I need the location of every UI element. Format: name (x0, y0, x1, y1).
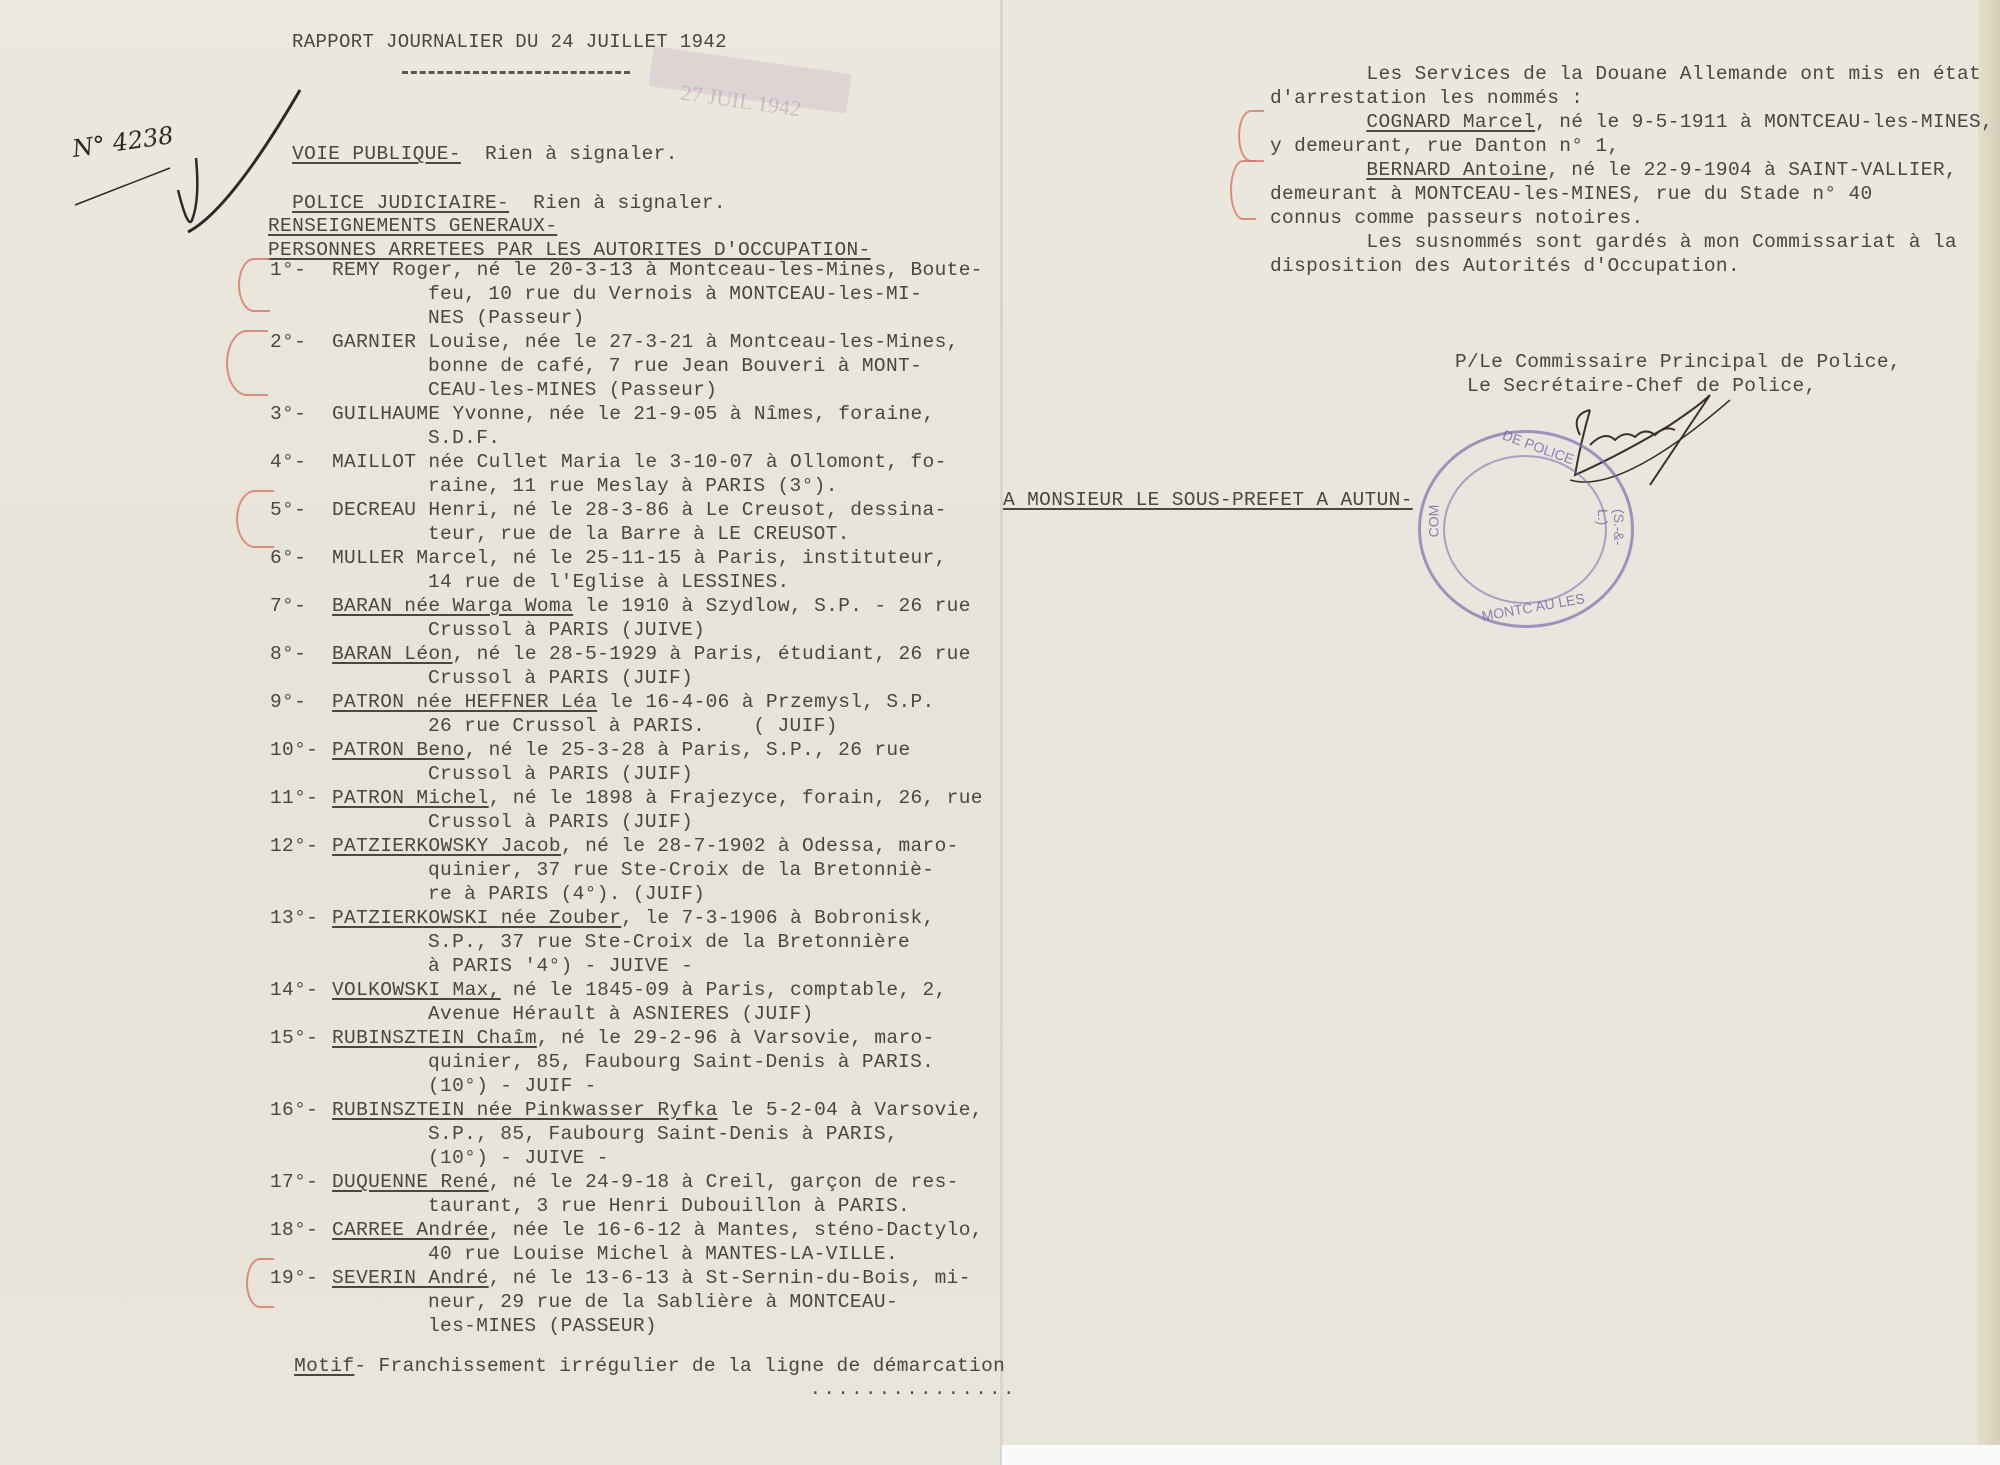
entry-continuation: neur, 29 rue de la Sablière à MONTCEAU- (428, 1290, 898, 1314)
entry-continuation: Crussol à PARIS (JUIVE) (428, 618, 705, 642)
seal-text-right: (S.-&-L.) (1595, 509, 1627, 549)
custody-paragraph-line2: disposition des Autorités d'Occupation. (1270, 254, 1740, 278)
entry-number: 5°- (270, 498, 332, 522)
motif-line: Motif- Franchissement irrégulier de la l… (270, 1330, 1005, 1378)
entry-details: , née le 21-9-05 à Nîmes, foraine, (525, 403, 935, 425)
entry-continuation: (10°) - JUIF - (428, 1074, 597, 1098)
entry-continuation: raine, 11 rue Meslay à PARIS (3°). (428, 474, 838, 498)
list-item: 11°-PATRON Michel, né le 1898 à Frajezyc… (270, 786, 983, 810)
entry-continuation: quinier, 85, Faubourg Saint-Denis à PARI… (428, 1050, 934, 1074)
list-item: 4°-MAILLOT née Cullet Maria le 3-10-07 à… (270, 450, 947, 474)
entry-continuation: S.D.F. (428, 426, 500, 450)
entry-details: , né le 28-3-86 à Le Creusot, dessina- (489, 499, 947, 521)
entry-continuation: feu, 10 rue du Vernois à MONTCEAU-les-MI… (428, 282, 922, 306)
entry-continuation: taurant, 3 rue Henri Dubouillon à PARIS. (428, 1194, 910, 1218)
entry-details: , née le 16-6-12 à Mantes, sténo-Dactylo… (489, 1219, 983, 1241)
entry-continuation: Avenue Hérault à ASNIERES (JUIF) (428, 1002, 814, 1026)
entry-continuation: S.P., 37 rue Ste-Croix de la Bretonnière (428, 930, 910, 954)
entry-continuation: S.P., 85, Faubourg Saint-Denis à PARIS, (428, 1122, 898, 1146)
entry-continuation: 14 rue de l'Eglise à LESSINES. (428, 570, 790, 594)
entry-details: , née le 27-3-21 à Montceau-les-Mines, (501, 331, 959, 353)
entry-number: 12°- (270, 834, 332, 858)
entry-details: , né le 1898 à Frajezyce, forain, 26, ru… (489, 787, 983, 809)
red-bracket-mark (1230, 160, 1256, 220)
entry-number: 11°- (270, 786, 332, 810)
entry-details: , né le 24-9-18 à Creil, garçon de res- (489, 1171, 959, 1193)
red-bracket-mark (226, 330, 268, 396)
custody-paragraph-line1: Les susnommés sont gardés à mon Commissa… (1270, 230, 1957, 254)
entry-details: le 16-4-06 à Przemysl, S.P. (597, 691, 934, 713)
list-item: 7°-BARAN née Warga Woma le 1910 à Szydlo… (270, 594, 971, 618)
entry-name: PATRON Beno (332, 739, 465, 761)
list-item: 13°-PATZIERKOWSKI née Zouber, le 7-3-190… (270, 906, 935, 930)
red-bracket-mark (238, 258, 270, 312)
police-judiciaire-label: POLICE JUDICIAIRE- (292, 192, 509, 214)
entry-number: 13°- (270, 906, 332, 930)
entry-name: REMY Roger (332, 259, 453, 281)
entry-name: DUQUENNE René (332, 1171, 489, 1193)
list-item: 9°-PATRON née HEFFNER Léa le 16-4-06 à P… (270, 690, 935, 714)
cognard-line: COGNARD Marcel, né le 9-5-1911 à MONTCEA… (1270, 110, 1993, 134)
cognard-details: , né le 9-5-1911 à MONTCEAU-les-MINES, (1535, 111, 1993, 133)
entry-details: , né le 28-7-1902 à Odessa, maro- (561, 835, 959, 857)
entry-details: le 1910 à Szydlow, S.P. - 26 rue (573, 595, 971, 617)
list-item: 3°-GUILHAUME Yvonne, née le 21-9-05 à Nî… (270, 402, 935, 426)
page-fold (1000, 0, 1003, 1465)
entry-name: MAILLOT née Cullet Maria (332, 451, 621, 473)
motif-text: - Franchissement irrégulier de la ligne … (354, 1355, 1005, 1377)
entry-details: , né le 13-6-13 à St-Sernin-du-Bois, mi- (489, 1267, 971, 1289)
douane-paragraph-line1: Les Services de la Douane Allemande ont … (1270, 62, 1981, 86)
voie-publique-label: VOIE PUBLIQUE- (292, 143, 461, 165)
police-judiciaire-line: POLICE JUDICIAIRE- Rien à signaler. (268, 167, 726, 215)
closing-dots: ............... (810, 1380, 1017, 1400)
douane-paragraph-line2: d'arrestation les nommés : (1270, 86, 1583, 110)
title-underline (402, 71, 630, 74)
entry-number: 9°- (270, 690, 332, 714)
bernard-name: BERNARD Antoine (1366, 159, 1547, 181)
list-item: 17°-DUQUENNE René, né le 24-9-18 à Creil… (270, 1170, 959, 1194)
red-bracket-mark (236, 490, 274, 548)
bernard-line: BERNARD Antoine, né le 22-9-1904 à SAINT… (1270, 158, 1957, 182)
entry-continuation: 40 rue Louise Michel à MANTES-LA-VILLE. (428, 1242, 898, 1266)
voie-publique-line: VOIE PUBLIQUE- Rien à signaler. (268, 118, 678, 166)
voie-publique-text: Rien à signaler. (461, 143, 678, 165)
entry-name: MULLER Marcel (332, 547, 489, 569)
list-item: 18°-CARREE Andrée, née le 16-6-12 à Mant… (270, 1218, 983, 1242)
list-item: 16°-RUBINSZTEIN née Pinkwasser Ryfka le … (270, 1098, 983, 1122)
entry-details: le 5-2-04 à Varsovie, (718, 1099, 983, 1121)
list-item: 15°-RUBINSZTEIN Chaîm, né le 29-2-96 à V… (270, 1026, 935, 1050)
list-item: 2°-GARNIER Louise, née le 27-3-21 à Mont… (270, 330, 959, 354)
entry-number: 10°- (270, 738, 332, 762)
entry-continuation: teur, rue de la Barre à LE CREUSOT. (428, 522, 850, 546)
entry-number: 19°- (270, 1266, 332, 1290)
entry-name: GARNIER Louise (332, 331, 501, 353)
renseignements-heading: RENSEIGNEMENTS GENERAUX- (268, 214, 557, 238)
entry-number: 7°- (270, 594, 332, 618)
entry-number: 3°- (270, 402, 332, 426)
entry-name: BARAN Léon (332, 643, 453, 665)
torn-bottom-edge (1002, 1445, 2000, 1465)
entry-name: PATZIERKOWSKY Jacob (332, 835, 561, 857)
entry-name: PATRON née HEFFNER Léa (332, 691, 597, 713)
entry-continuation: à PARIS '4°) - JUIVE - (428, 954, 693, 978)
list-item: 5°-DECREAU Henri, né le 28-3-86 à Le Cre… (270, 498, 947, 522)
entry-name: RUBINSZTEIN née Pinkwasser Ryfka (332, 1099, 718, 1121)
entry-continuation: CEAU-les-MINES (Passeur) (428, 378, 717, 402)
entry-name: DECREAU Henri (332, 499, 489, 521)
list-item: 1°-REMY Roger, né le 20-3-13 à Montceau-… (270, 258, 983, 282)
entry-continuation: Crussol à PARIS (JUIF) (428, 762, 693, 786)
seal-inner-ring (1443, 455, 1607, 604)
entry-name: VOLKOWSKI Max, (332, 979, 501, 1001)
motif-label: Motif (294, 1355, 354, 1377)
entry-continuation: NES (Passeur) (428, 306, 585, 330)
bernard-note: connus comme passeurs notoires. (1270, 206, 1644, 230)
page-edge (1978, 0, 2000, 1465)
entry-number: 15°- (270, 1026, 332, 1050)
entry-number: 6°- (270, 546, 332, 570)
entry-continuation: bonne de café, 7 rue Jean Bouveri à MONT… (428, 354, 922, 378)
police-judiciaire-text: Rien à signaler. (509, 192, 726, 214)
entry-name: PATRON Michel (332, 787, 489, 809)
entry-name: RUBINSZTEIN Chaîm (332, 1027, 537, 1049)
cognard-name: COGNARD Marcel (1366, 111, 1535, 133)
entry-number: 14°- (270, 978, 332, 1002)
signature-title-1: P/Le Commissaire Principal de Police, (1455, 350, 1901, 374)
list-item: 8°-BARAN Léon, né le 28-5-1929 à Paris, … (270, 642, 971, 666)
entry-number: 16°- (270, 1098, 332, 1122)
entry-name: CARREE Andrée (332, 1219, 489, 1241)
entry-details: , né le 29-2-96 à Varsovie, maro- (537, 1027, 935, 1049)
addressee-line: A MONSIEUR LE SOUS-PREFET A AUTUN- (1003, 488, 1413, 512)
entry-number: 2°- (270, 330, 332, 354)
list-item: 6°-MULLER Marcel, né le 25-11-15 à Paris… (270, 546, 947, 570)
bernard-address: demeurant à MONTCEAU-les-MINES, rue du S… (1270, 182, 1873, 206)
entry-number: 4°- (270, 450, 332, 474)
red-bracket-mark (1238, 110, 1264, 162)
entry-continuation: quinier, 37 rue Ste-Croix de la Bretonni… (428, 858, 934, 882)
entry-number: 18°- (270, 1218, 332, 1242)
entry-details: , le 7-3-1906 à Bobronisk, (621, 907, 934, 929)
entry-name: SEVERIN André (332, 1267, 489, 1289)
entry-continuation: (10°) - JUIVE - (428, 1146, 609, 1170)
entry-continuation: Crussol à PARIS (JUIF) (428, 666, 693, 690)
entry-details: , né le 28-5-1929 à Paris, étudiant, 26 … (453, 643, 971, 665)
seal-text-left: COM (1425, 505, 1441, 538)
entry-details: né le 1845-09 à Paris, comptable, 2, (501, 979, 947, 1001)
entry-continuation: 26 rue Crussol à PARIS. ( JUIF) (428, 714, 838, 738)
entry-continuation: Crussol à PARIS (JUIF) (428, 810, 693, 834)
list-item: 14°-VOLKOWSKI Max, né le 1845-09 à Paris… (270, 978, 947, 1002)
entry-details: , né le 25-3-28 à Paris, S.P., 26 rue (465, 739, 911, 761)
entry-number: 17°- (270, 1170, 332, 1194)
police-seal-stamp: DE POLICE COM MONTC AU LES (S.-&-L.) (1418, 430, 1634, 628)
entry-number: 8°- (270, 642, 332, 666)
list-item: 19°-SEVERIN André, né le 13-6-13 à St-Se… (270, 1266, 971, 1290)
entry-details: , né le 25-11-15 à Paris, instituteur, (489, 547, 947, 569)
entry-number: 1°- (270, 258, 332, 282)
entry-name: PATZIERKOWSKI née Zouber (332, 907, 621, 929)
list-item: 10°-PATRON Beno, né le 25-3-28 à Paris, … (270, 738, 911, 762)
entry-continuation: re à PARIS (4°). (JUIF) (428, 882, 705, 906)
bernard-details: , né le 22-9-1904 à SAINT-VALLIER, (1547, 159, 1957, 181)
entry-details: le 3-10-07 à Ollomont, fo- (621, 451, 946, 473)
cognard-address: y demeurant, rue Danton n° 1, (1270, 134, 1620, 158)
entry-name: GUILHAUME Yvonne (332, 403, 525, 425)
document-title: RAPPORT JOURNALIER DU 24 JUILLET 1942 (292, 30, 727, 54)
list-item: 12°-PATZIERKOWSKY Jacob, né le 28-7-1902… (270, 834, 959, 858)
entry-details: , né le 20-3-13 à Montceau-les-Mines, Bo… (453, 259, 983, 281)
entry-name: BARAN née Warga Woma (332, 595, 573, 617)
